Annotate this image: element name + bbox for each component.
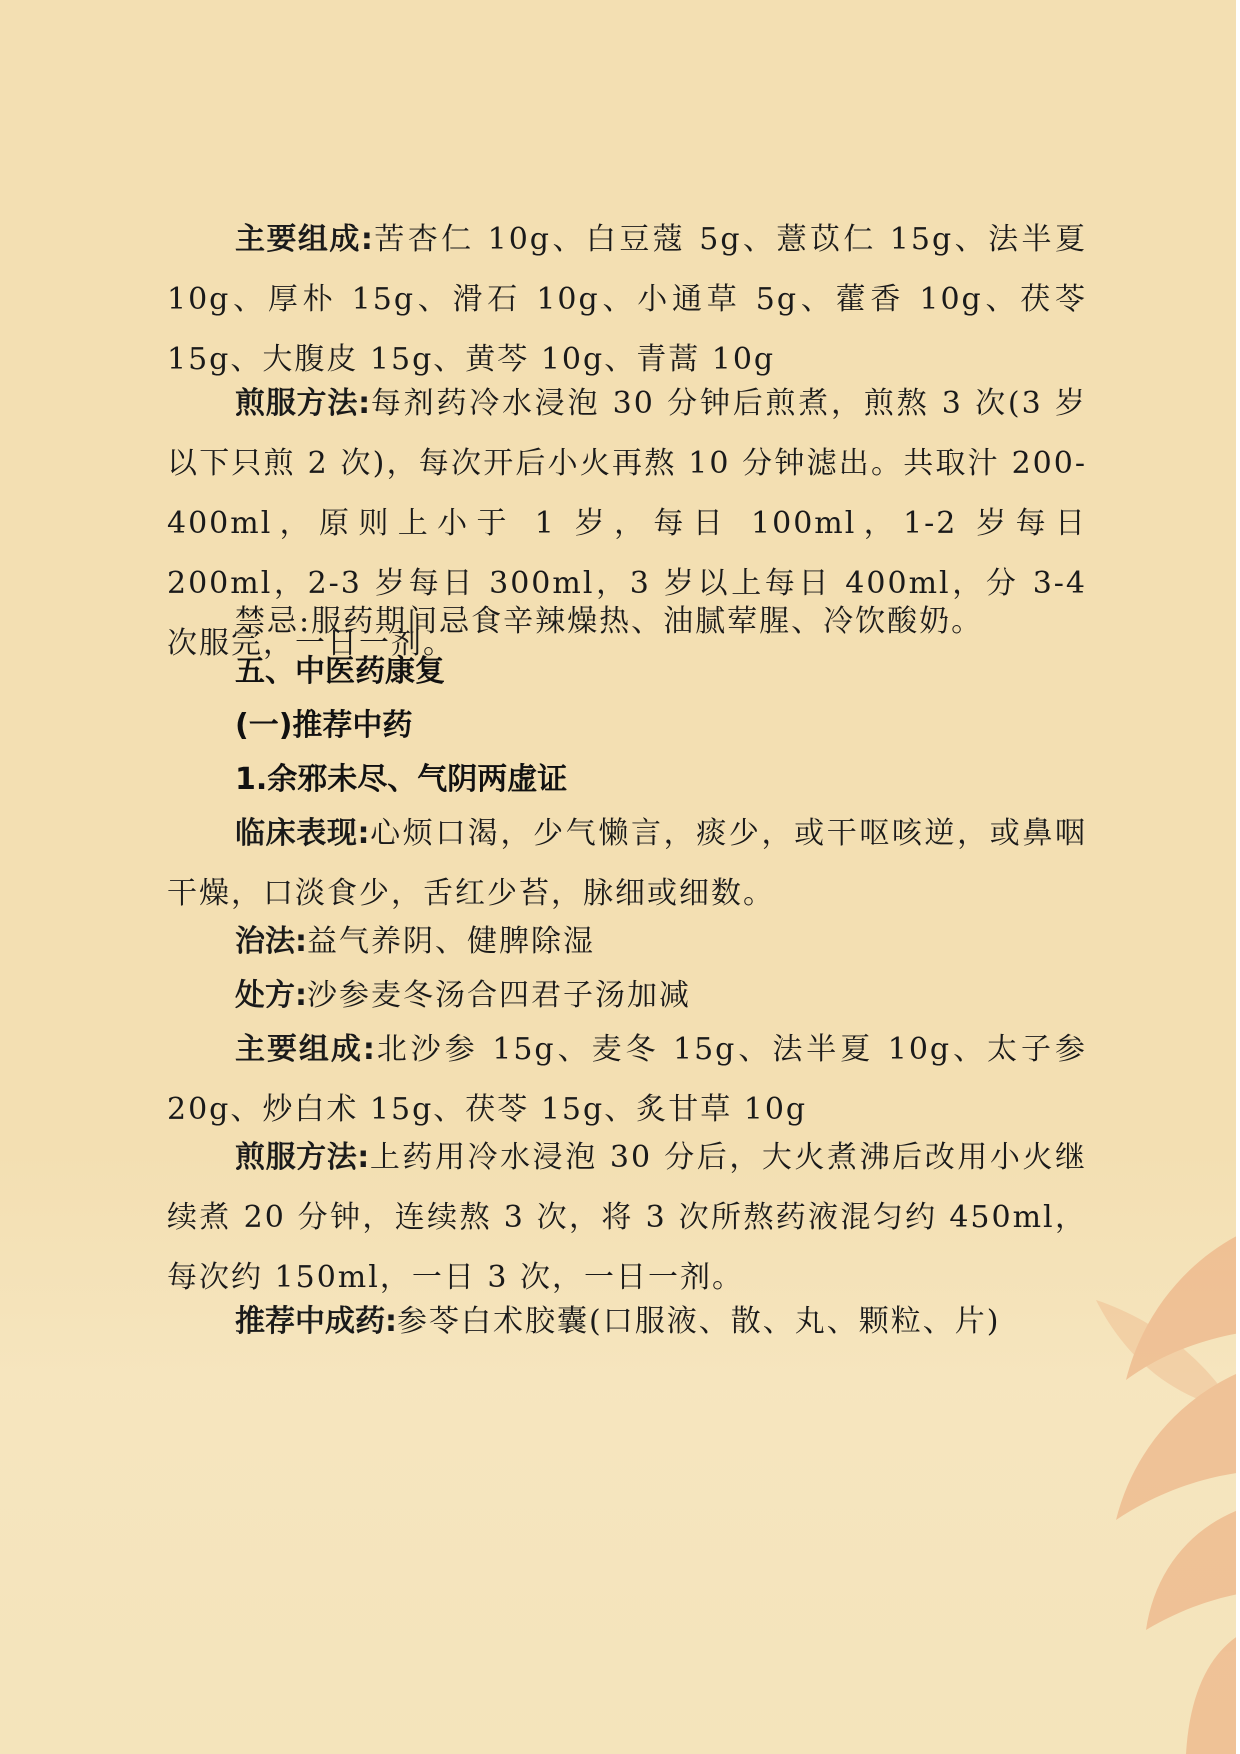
composition-paragraph-1: 主要组成:苦杏仁 10g、白豆蔻 5g、薏苡仁 15g、法半夏 10g、厚朴 1… <box>167 210 1087 390</box>
syndrome-heading: 1.余邪未尽、气阴两虚证 <box>235 750 567 810</box>
composition-paragraph-2: 主要组成:北沙参 15g、麦冬 15g、法半夏 10g、太子参 20g、炒白术 … <box>167 1020 1087 1140</box>
label-treatment: 治法: <box>235 924 307 959</box>
patent-medicine-text: 参苓白术胶囊(口服液、散、丸、颗粒、片) <box>397 1304 1000 1339</box>
label-prescription: 处方: <box>235 978 307 1013</box>
label-decoction-2: 煎服方法: <box>235 1140 369 1175</box>
prescription-paragraph: 处方:沙参麦冬汤合四君子汤加减 <box>167 966 1087 1026</box>
decoction-paragraph-2: 煎服方法:上药用冷水浸泡 30 分后，大火煮沸后改用小火继续煮 20 分钟，连续… <box>167 1128 1087 1308</box>
subsection-heading: (一)推荐中药 <box>235 696 412 756</box>
clinical-manifestation-paragraph: 临床表现:心烦口渴，少气懒言，痰少，或干呕咳逆，或鼻咽干燥，口淡食少，舌红少苔，… <box>167 804 1087 924</box>
label-decoction: 煎服方法: <box>235 386 370 421</box>
contraindication-text: 禁忌:服药期间忌食辛辣燥热、油腻荤腥、冷饮酸奶。 <box>235 604 983 639</box>
patent-medicine-paragraph: 推荐中成药:参苓白术胶囊(口服液、散、丸、颗粒、片) <box>167 1292 1087 1352</box>
label-clinical: 临床表现: <box>235 816 369 851</box>
label-patent-medicine: 推荐中成药: <box>235 1304 397 1339</box>
treatment-text: 益气养阴、健脾除湿 <box>307 924 595 959</box>
label-composition: 主要组成: <box>235 222 373 257</box>
label-composition-2: 主要组成: <box>235 1032 375 1067</box>
prescription-text: 沙参麦冬汤合四君子汤加减 <box>307 978 691 1013</box>
treatment-paragraph: 治法:益气养阴、健脾除湿 <box>167 912 1087 972</box>
document-page: 主要组成:苦杏仁 10g、白豆蔻 5g、薏苡仁 15g、法半夏 10g、厚朴 1… <box>0 0 1236 1754</box>
section-heading: 五、中医药康复 <box>235 642 445 702</box>
